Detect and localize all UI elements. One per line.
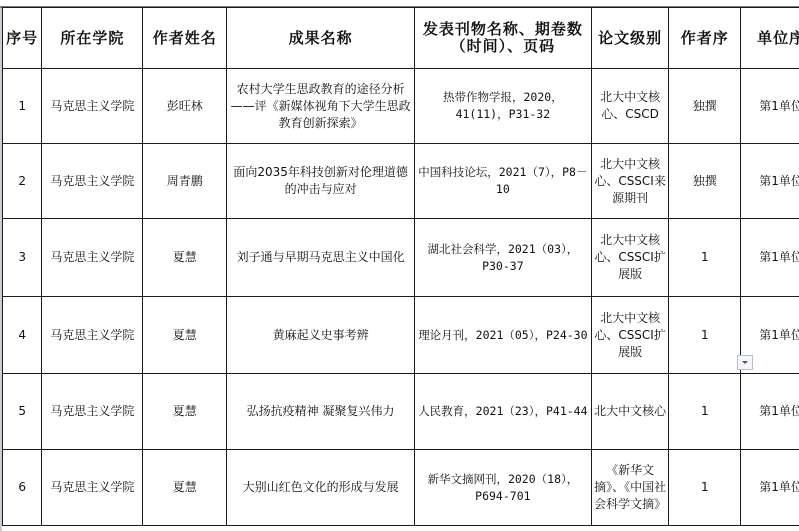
cell-author-order[interactable]: 1 [669, 297, 741, 374]
header-unit-order[interactable]: 单位序 [741, 8, 799, 69]
cell-title[interactable]: 黄麻起义史事考辨 [227, 297, 415, 374]
table-row: 3 马克思主义学院 夏慧 刘子通与早期马克思主义中国化 湖北社会科学，2021（… [3, 219, 799, 297]
cell-title[interactable]: 刘子通与早期马克思主义中国化 [227, 219, 415, 297]
cell-journal[interactable]: 人民教育，2021（23），P41-44 [415, 374, 592, 450]
header-college[interactable]: 所在学院 [42, 8, 143, 69]
cell-title[interactable]: 弘扬抗疫精神 凝聚复兴伟力 [227, 374, 415, 450]
header-title[interactable]: 成果名称 [227, 8, 415, 69]
cell-author-order[interactable]: 1 [669, 219, 741, 297]
cell-author[interactable]: 夏慧 [143, 219, 227, 297]
cell-unit-order[interactable]: 第1单位 [741, 144, 799, 219]
cell-title[interactable]: 面向2035年科技创新对伦理道德的冲击与应对 [227, 144, 415, 219]
header-author[interactable]: 作者姓名 [143, 8, 227, 69]
header-seq[interactable]: 序号 [3, 8, 42, 69]
cell-unit-order[interactable]: 第1单位 [741, 374, 799, 450]
cell-unit-order[interactable]: 第1单位 [741, 450, 799, 526]
chevron-down-icon [742, 361, 748, 364]
cell-dropdown-button[interactable] [737, 355, 753, 370]
cell-journal[interactable]: 中国科技论坛，2021（7），P8－10 [415, 144, 592, 219]
table-row: 4 马克思主义学院 夏慧 黄麻起义史事考辨 理论月刊，2021（05），P24-… [3, 297, 799, 374]
table-row: 5 马克思主义学院 夏慧 弘扬抗疫精神 凝聚复兴伟力 人民教育，2021（23）… [3, 374, 799, 450]
cell-level[interactable]: 北大中文核心、CSSCI扩展版 [591, 219, 669, 297]
cell-college[interactable]: 马克思主义学院 [42, 69, 143, 144]
cell-level[interactable]: 北大中文核心、CSSCI来源期刊 [591, 144, 669, 219]
cell-author[interactable]: 周青鹏 [143, 144, 227, 219]
cell-journal[interactable]: 理论月刊，2021（05），P24-30 [415, 297, 592, 374]
cell-level[interactable]: 北大中文核心、CSSCI扩展版 [591, 297, 669, 374]
cell-title[interactable]: 大别山红色文化的形成与发展 [227, 450, 415, 526]
cell-author-order[interactable]: 1 [669, 374, 741, 450]
cell-college[interactable]: 马克思主义学院 [42, 219, 143, 297]
cell-seq[interactable]: 2 [3, 144, 42, 219]
table-row: 6 马克思主义学院 夏慧 大别山红色文化的形成与发展 新华文摘网刊，2020（1… [3, 450, 799, 526]
cell-author[interactable]: 夏慧 [143, 374, 227, 450]
table-row: 2 马克思主义学院 周青鹏 面向2035年科技创新对伦理道德的冲击与应对 中国科… [3, 144, 799, 219]
cell-college[interactable]: 马克思主义学院 [42, 374, 143, 450]
header-author-order[interactable]: 作者序 [669, 8, 741, 69]
cell-author-order[interactable]: 独撰 [669, 69, 741, 144]
cell-level[interactable]: 《新华文摘》、《中国社会科学文摘》 [591, 450, 669, 526]
cell-title[interactable]: 农村大学生思政教育的途径分析——评《新媒体视角下大学生思政教育创新探索》 [227, 69, 415, 144]
cell-college[interactable]: 马克思主义学院 [42, 144, 143, 219]
cell-seq[interactable]: 4 [3, 297, 42, 374]
cell-unit-order[interactable]: 第1单位 [741, 69, 799, 144]
table-row: 1 马克思主义学院 彭旺林 农村大学生思政教育的途径分析——评《新媒体视角下大学… [3, 69, 799, 144]
cell-seq[interactable]: 5 [3, 374, 42, 450]
cell-author-order[interactable]: 独撰 [669, 144, 741, 219]
cell-author-order[interactable]: 1 [669, 450, 741, 526]
header-level[interactable]: 论文级别 [591, 8, 669, 69]
cell-college[interactable]: 马克思主义学院 [42, 450, 143, 526]
cell-level[interactable]: 北大中文核心、CSCD [591, 69, 669, 144]
cell-author[interactable]: 夏慧 [143, 297, 227, 374]
cell-author[interactable]: 彭旺林 [143, 69, 227, 144]
cell-seq[interactable]: 3 [3, 219, 42, 297]
cell-level[interactable]: 北大中文核心 [591, 374, 669, 450]
cell-seq[interactable]: 1 [3, 69, 42, 144]
publications-table: 序号 所在学院 作者姓名 成果名称 发表刊物名称、期卷数（时间）、页码 论文级别… [2, 7, 799, 526]
cell-unit-order[interactable]: 第1单位 [741, 219, 799, 297]
cell-journal[interactable]: 湖北社会科学，2021（03），P30-37 [415, 219, 592, 297]
header-journal[interactable]: 发表刊物名称、期卷数（时间）、页码 [415, 8, 592, 69]
cell-journal[interactable]: 热带作物学报，2020，41(11)，P31-32 [415, 69, 592, 144]
cell-seq[interactable]: 6 [3, 450, 42, 526]
cell-journal[interactable]: 新华文摘网刊，2020（18），P694-701 [415, 450, 592, 526]
cell-author[interactable]: 夏慧 [143, 450, 227, 526]
header-row: 序号 所在学院 作者姓名 成果名称 发表刊物名称、期卷数（时间）、页码 论文级别… [3, 8, 799, 69]
cell-college[interactable]: 马克思主义学院 [42, 297, 143, 374]
